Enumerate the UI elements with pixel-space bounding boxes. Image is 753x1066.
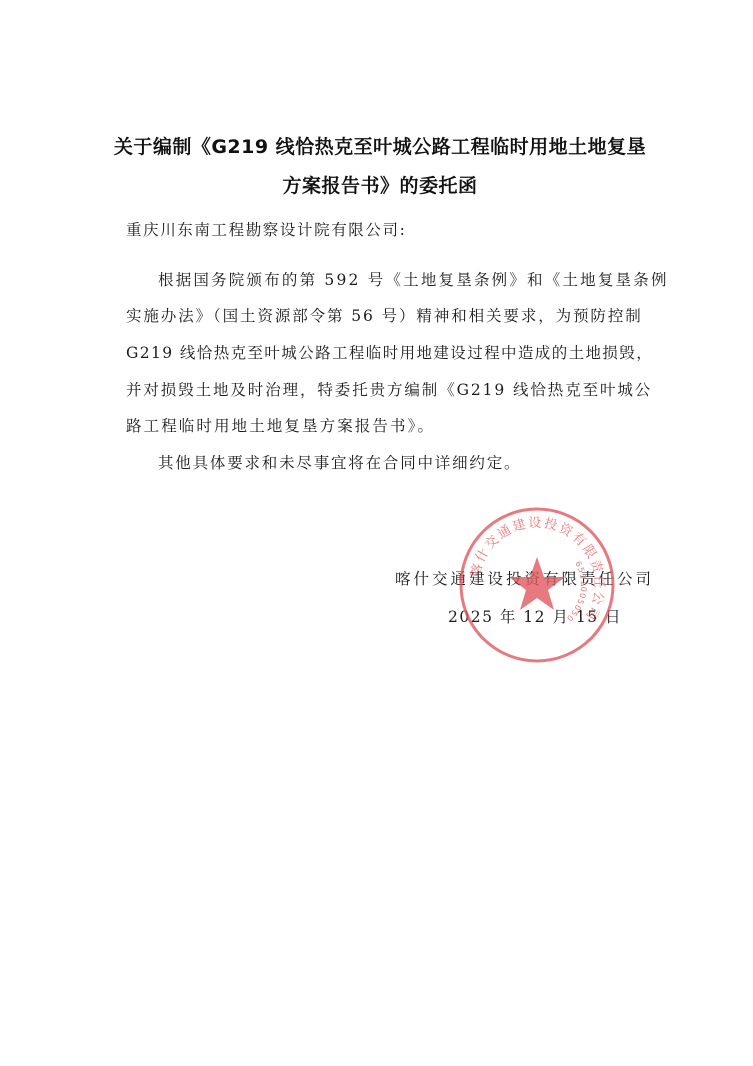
issue-date: 2025 年 12 月 15 日 xyxy=(448,605,622,627)
body-line-6: 其他具体要求和未尽事宜将在合同中详细约定。 xyxy=(158,451,521,473)
body-line-2: 实施办法》（国土资源部令第 56 号）精神和相关要求，为预防控制 xyxy=(126,304,643,326)
issuer-name: 喀什交通建设投资有限责任公司 xyxy=(395,567,654,589)
body-line-5: 路工程临时用地土地复垦方案报告书》。 xyxy=(126,414,435,436)
addressee: 重庆川东南工程勘察设计院有限公司: xyxy=(126,218,406,240)
body-line-4: 并对损毁土地及时治理，特委托贵方编制《G219 线恰热克至叶城公 xyxy=(126,378,652,400)
letter-page: 关于编制《G219 线恰热克至叶城公路工程临时用地土地复垦 方案报告书》的委托函… xyxy=(0,0,753,1066)
document-title-line-1: 关于编制《G219 线恰热克至叶城公路工程临时用地土地复垦 xyxy=(100,132,660,159)
body-line-1: 根据国务院颁布的第 592 号《土地复垦条例》和《土地复垦条例 xyxy=(158,268,669,290)
document-title-line-2: 方案报告书》的委托函 xyxy=(100,171,660,198)
body-line-3: G219 线恰热克至叶城公路工程临时用地建设过程中造成的土地损毁， xyxy=(126,341,653,363)
